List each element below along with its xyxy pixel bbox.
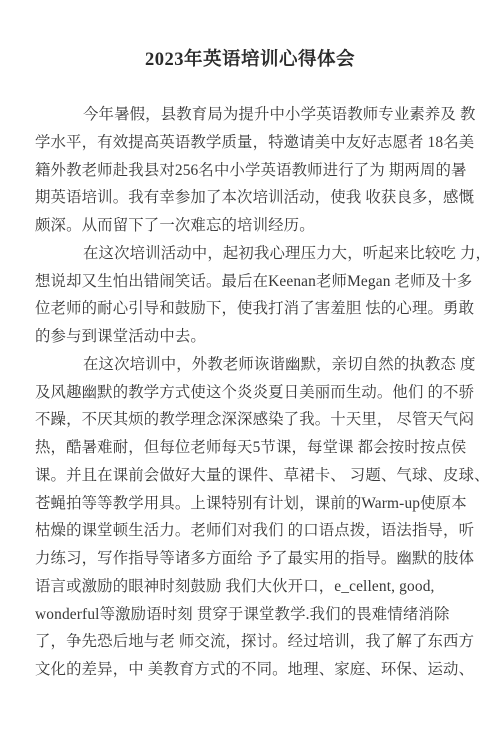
paragraph: 在这次培训活动中，起初我心理压力大，听起来比较吃 力，想说却又生怕出错闹笑话。最… bbox=[35, 240, 475, 351]
text-line: 力练习，写作指导等诸多方面给 予了最实用的指导。幽默的肢体 bbox=[35, 545, 475, 573]
text-line: 学水平，有效提高英语教学质量，特邀请美中友好志愿者 18名美 bbox=[35, 129, 475, 157]
text-line: 文化的差异，中 美教育方式的不同。地理、家庭、环保、运动、 bbox=[35, 656, 475, 684]
document-title: 2023年英语培训心得体会 bbox=[0, 0, 500, 72]
text-line: 今年暑假，县教育局为提升中小学英语教师专业素养及 教 bbox=[35, 101, 475, 129]
text-line: 不躁，不厌其烦的教学理念深深感染了我。十天里， 尽管天气闷 bbox=[35, 406, 475, 434]
text-line: 及风趣幽默的教学方式使这个炎炎夏日美丽而生动。他们 的不骄 bbox=[35, 379, 475, 407]
text-line: 在这次培训中，外教老师诙谐幽默，亲切自然的执教态 度 bbox=[35, 351, 475, 379]
text-line: 了，争先恐后地与老 师交流，探讨。经过培训，我了解了东西方 bbox=[35, 628, 475, 656]
text-line: 籍外教老师赴我县对256名中小学英语教师进行了为 期两周的暑 bbox=[35, 157, 475, 185]
text-line: 的参与到课堂活动中去。 bbox=[35, 323, 475, 351]
text-line: 期英语培训。我有幸参加了本次培训活动，使我 收获良多，感慨 bbox=[35, 184, 475, 212]
text-line: 苍蝇拍等等教学用具。上课特别有计划，课前的Warm-up使原本 bbox=[35, 490, 475, 518]
paragraph: 在这次培训中，外教老师诙谐幽默，亲切自然的执教态 度及风趣幽默的教学方式使这个炎… bbox=[35, 351, 475, 684]
text-line: 位老师的耐心引导和鼓励下，使我打消了害羞胆 怯的心理。勇敢 bbox=[35, 295, 475, 323]
text-line: 课。并且在课前会做好大量的课件、草裙卡、 习题、气球、皮球、 bbox=[35, 462, 475, 490]
text-line: 枯燥的课堂顿生活力。老师们对我们 的口语点拨，语法指导，听 bbox=[35, 517, 475, 545]
paragraph: 今年暑假，县教育局为提升中小学英语教师专业素养及 教学水平，有效提高英语教学质量… bbox=[35, 101, 475, 240]
text-line: 语言或激励的眼神时刻鼓励 我们大伙开口，e_cellent, good, bbox=[35, 573, 475, 601]
text-line: wonderful等激励语时刻 贯穿于课堂教学.我们的畏难情绪消除 bbox=[35, 601, 475, 629]
text-line: 想说却又生怕出错闹笑话。最后在Keenan老师Megan 老师及十多 bbox=[35, 268, 475, 296]
document-body: 今年暑假，县教育局为提升中小学英语教师专业素养及 教学水平，有效提高英语教学质量… bbox=[35, 101, 475, 684]
text-line: 颇深。从而留下了一次难忘的培训经历。 bbox=[35, 212, 475, 240]
document-page: 2023年英语培训心得体会 今年暑假，县教育局为提升中小学英语教师专业素养及 教… bbox=[0, 0, 500, 743]
text-line: 热，酷暑难耐，但每位老师每天5节课，每堂课 都会按时按点侯 bbox=[35, 434, 475, 462]
text-line: 在这次培训活动中，起初我心理压力大，听起来比较吃 力， bbox=[35, 240, 475, 268]
